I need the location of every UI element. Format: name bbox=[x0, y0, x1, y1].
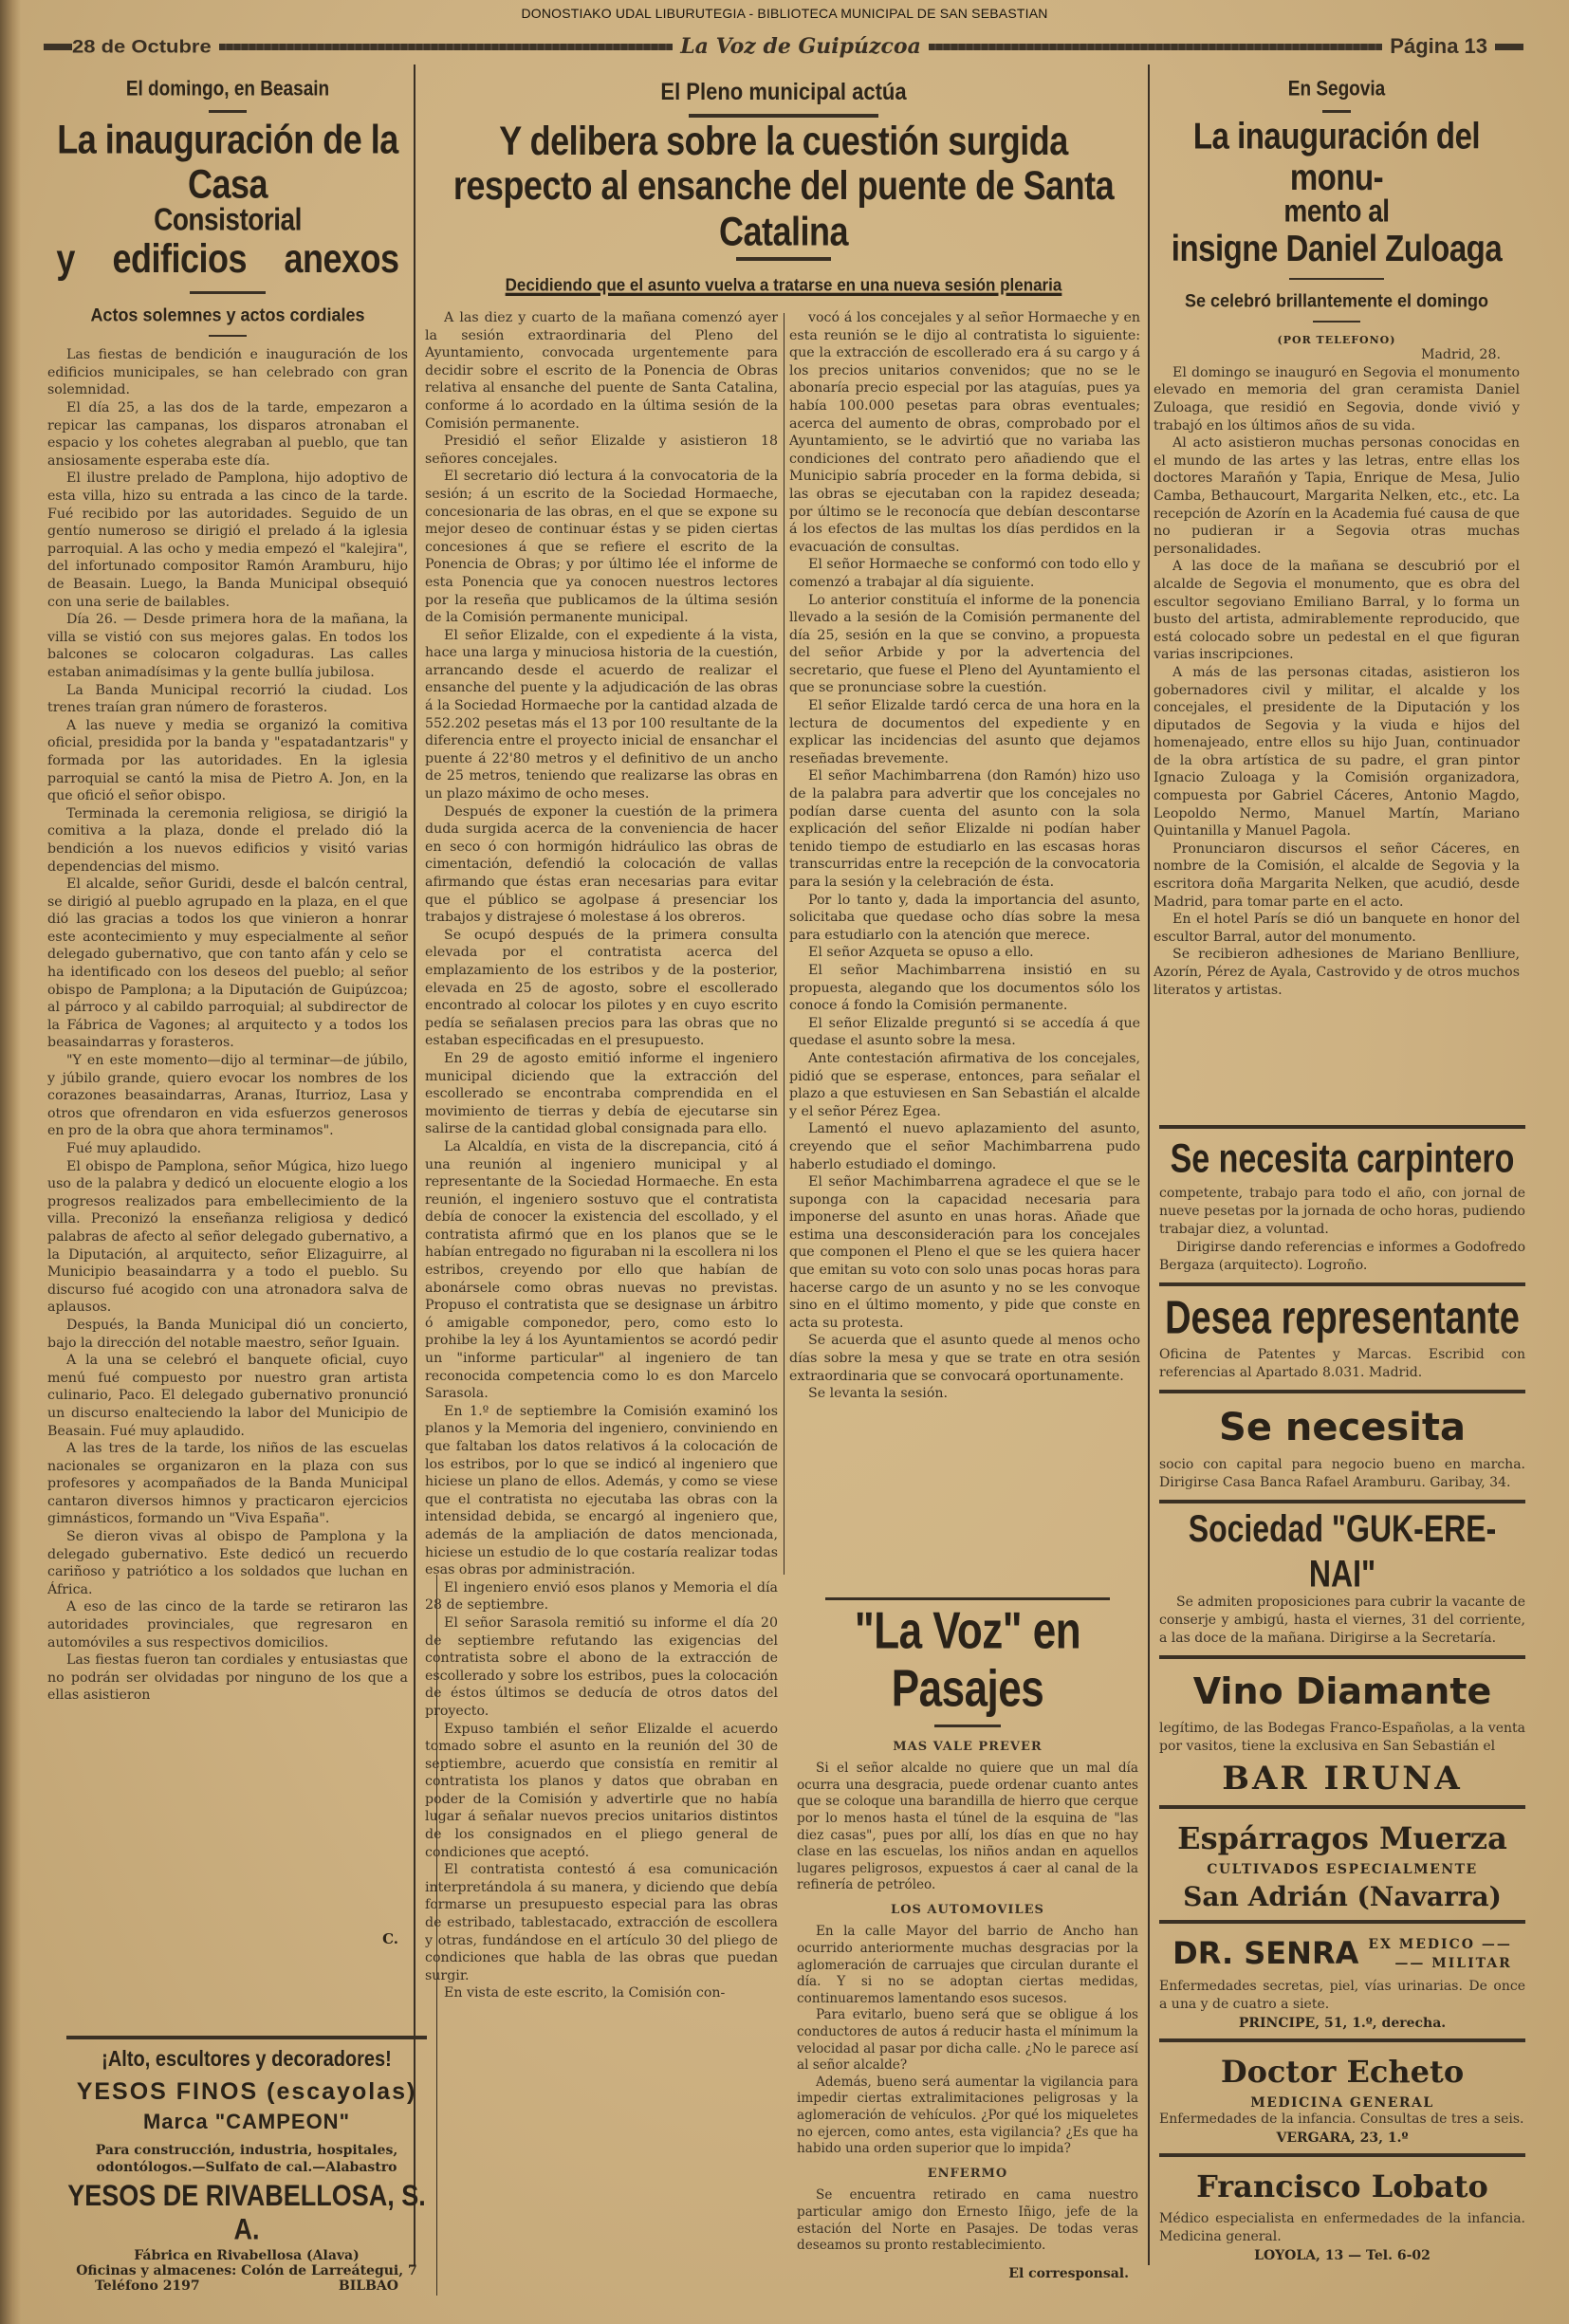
article-headline: "La Voz" en Pasajes bbox=[797, 1602, 1138, 1719]
ad-line: ¡Alto, escultores y decoradores! bbox=[66, 2047, 427, 2072]
article-signature: C. bbox=[47, 1930, 398, 1947]
paragraph: Expuso también el señor Elizalde el acue… bbox=[425, 1721, 778, 1862]
ad-title: Se necesita carpintero bbox=[1171, 1135, 1515, 1184]
divider bbox=[1313, 321, 1360, 323]
paragraph: Se levanta la sesión. bbox=[789, 1385, 1140, 1403]
article-body-column: vocó á los concejales y al señor Hormaec… bbox=[789, 309, 1140, 1576]
ad-header: Francisco Lobato bbox=[1159, 2165, 1525, 2210]
masthead-date: 28 de Octubre bbox=[72, 35, 212, 57]
article-body: Las fiestas de bendición e inauguración … bbox=[47, 346, 408, 1930]
ad-tag: EX MEDICO ———— MILITAR bbox=[1368, 1935, 1511, 1973]
ad-line: Oficinas y almacenes: Colón de Larreáteg… bbox=[66, 2263, 427, 2278]
ad-tag-line: EX MEDICO —— bbox=[1368, 1935, 1511, 1954]
paragraph: Lo anterior constituía el informe de la … bbox=[789, 592, 1140, 698]
paragraph: El señor Sarasola remitió su informe el … bbox=[425, 1614, 778, 1721]
article-signature: El corresponsal. bbox=[797, 2266, 1129, 2281]
ad-line: Fábrica en Rivabellosa (Alava) bbox=[66, 2248, 427, 2263]
ad-title: Sociedad "GUK-ERE-NAI" bbox=[1159, 1506, 1525, 1597]
ad-title: Se necesita bbox=[1219, 1405, 1466, 1450]
ad-city: BILBAO bbox=[339, 2278, 398, 2294]
paragraph: Pronunciaron discursos el señor Cáceres,… bbox=[1154, 840, 1520, 911]
paragraph: El alcalde, señor Guridi, desde el balcó… bbox=[47, 876, 408, 1052]
paragraph: El señor Machimbarrena insistió en su pr… bbox=[789, 962, 1140, 1015]
paragraph: En vista de este escrito, la Comisión co… bbox=[425, 1984, 778, 2002]
ad-body: Médico especialista en enfermedades de l… bbox=[1159, 2210, 1525, 2246]
ad-title: Desea representante bbox=[1165, 1291, 1520, 1347]
paragraph: El señor Elizalde, con el expediente á l… bbox=[425, 627, 778, 803]
divider bbox=[190, 291, 266, 294]
classified-ad: Se necesita carpinterocompetente, trabaj… bbox=[1159, 1125, 1525, 1275]
classified-ad: Desea representanteOficina de Patentes y… bbox=[1159, 1282, 1525, 1383]
paragraph: vocó á los concejales y al señor Hormaec… bbox=[789, 309, 1140, 556]
ad-header: Sociedad "GUK-ERE-NAI" bbox=[1159, 1511, 1525, 1594]
paragraph: Ante contestación afirmativa de los conc… bbox=[789, 1050, 1140, 1120]
article-headline: La inauguración de la Casa bbox=[47, 118, 408, 208]
article-headline: La inauguración del monu- bbox=[1154, 116, 1520, 198]
paragraph: Después, la Banda Municipal dió un conci… bbox=[47, 1317, 408, 1352]
paragraph: Fué muy aplaudido. bbox=[47, 1140, 408, 1158]
ad-body: socio con capital para negocio bueno en … bbox=[1159, 1456, 1525, 1492]
paragraph: A las nueve y media se organizó la comit… bbox=[47, 717, 408, 805]
ad-header: Se necesita bbox=[1159, 1401, 1525, 1456]
paragraph: Se dieron vivas al obispo de Pamplona y … bbox=[47, 1528, 408, 1598]
article-body: MAS VALE PREVERSi el señor alcalde no qu… bbox=[797, 1739, 1138, 2255]
paragraph: Las fiestas fueron tan cordiales y entus… bbox=[47, 1651, 408, 1705]
paragraph: El señor Elizalde preguntó si se accedía… bbox=[789, 1015, 1140, 1050]
paragraph: El domingo se inauguró en Segovia el mon… bbox=[1154, 364, 1520, 434]
ad-divider bbox=[1159, 1500, 1525, 1503]
column-divider bbox=[414, 65, 415, 2265]
paragraph: A eso de las cinco de la tarde se retira… bbox=[47, 1598, 408, 1651]
paragraph: Por lo tanto y, dada la importancia del … bbox=[789, 892, 1140, 945]
masthead-rule bbox=[1495, 44, 1523, 50]
paragraph: El contratista contestó á esa comunicaci… bbox=[425, 1861, 778, 1984]
divider bbox=[736, 257, 831, 261]
ad-header: Vino Diamante bbox=[1159, 1667, 1525, 1720]
masthead-title: La Voz de Guipúzcoa bbox=[680, 34, 921, 59]
paragraph: A las diez y cuarto de la mañana comenzó… bbox=[425, 309, 778, 433]
article-body: El domingo se inauguró en Segovia el mon… bbox=[1154, 364, 1520, 1095]
divider bbox=[209, 335, 247, 337]
divider bbox=[1322, 110, 1351, 113]
paragraph: En el hotel París se dió un banquete en … bbox=[1154, 911, 1520, 946]
article-pleno: El Pleno municipal actúa Y delibera sobr… bbox=[423, 80, 1144, 295]
paragraph: Las fiestas de bendición e inauguración … bbox=[47, 346, 408, 399]
ad-contact: Teléfono 2197 BILBAO bbox=[66, 2278, 427, 2294]
article-subheadline: Actos solemnes y actos cordiales bbox=[47, 304, 408, 326]
ad-subtitle: CULTIVADOS ESPECIALMENTE bbox=[1159, 1862, 1525, 1877]
paragraph: El secretario dió lectura á la convocato… bbox=[425, 468, 778, 626]
ad-body: competente, trabajo para todo el año, co… bbox=[1159, 1185, 1525, 1239]
classified-ad: Doctor EchetoMEDICINA GENERALEnfermedade… bbox=[1159, 2038, 1525, 2146]
classified-ad: DR. SENRAEX MEDICO ———— MILITAREnfermeda… bbox=[1159, 1920, 1525, 2030]
ad-body: Se admiten proposiciones para cubrir la … bbox=[1159, 1594, 1525, 1648]
column-divider bbox=[784, 313, 784, 1575]
ad-footer: San Adrián (Navarra) bbox=[1159, 1881, 1525, 1912]
ad-divider bbox=[1159, 2038, 1525, 2042]
paragraph: Terminada la ceremonia religiosa, se dir… bbox=[47, 805, 408, 876]
paragraph: Día 26. — Desde primera hora de la mañan… bbox=[47, 611, 408, 681]
ad-divider bbox=[1159, 1125, 1525, 1129]
ad-body: Dirigirse dando referencias e informes a… bbox=[1159, 1239, 1525, 1275]
section-title: LOS AUTOMOVILES bbox=[797, 1902, 1138, 1919]
page-binding-edge bbox=[0, 0, 21, 2324]
ad-body: Enfermedades de la infancia. Consultas d… bbox=[1159, 2111, 1525, 2129]
article-segovia: En Segovia La inauguración del monu- men… bbox=[1154, 80, 1520, 1095]
article-subheadline: Se celebró brillantemente el domingo bbox=[1154, 290, 1520, 312]
ad-divider bbox=[1159, 1805, 1525, 1809]
article-beasain: El domingo, en Beasain La inauguración d… bbox=[47, 80, 408, 1947]
paragraph: El obispo de Pamplona, señor Múgica, hiz… bbox=[47, 1158, 408, 1317]
paragraph: "Y en este momento—dijo al terminar—de j… bbox=[47, 1052, 408, 1140]
section-title: MAS VALE PREVER bbox=[797, 1739, 1138, 1756]
article-subheadline: Decidiendo que el asunto vuelva a tratar… bbox=[423, 275, 1144, 296]
ad-body: legítimo, de las Bodegas Franco-Española… bbox=[1159, 1720, 1525, 1756]
paragraph: A la una se celebró el banquete oficial,… bbox=[47, 1352, 408, 1440]
ad-divider bbox=[1159, 1655, 1525, 1659]
classified-ads: Se necesita carpinterocompetente, trabaj… bbox=[1159, 1117, 1525, 2263]
article-headline: Y delibera sobre la cuestión surgida res… bbox=[423, 119, 1144, 254]
ad-title: Espárragos Muerza bbox=[1177, 1820, 1507, 1856]
paragraph: Se acuerda que el asunto quede al menos … bbox=[789, 1332, 1140, 1385]
paragraph: El señor Hormaeche se conformó con todo … bbox=[789, 556, 1140, 591]
paragraph: El señor Machimbarrena agradece el que s… bbox=[789, 1173, 1140, 1332]
paragraph: Para evitarlo, bueno será que se obligue… bbox=[797, 2007, 1138, 2074]
masthead-page-number: Página 13 bbox=[1390, 34, 1487, 59]
article-pasajes: "La Voz" en Pasajes MAS VALE PREVERSi el… bbox=[797, 1597, 1138, 2281]
paragraph: Se ocupó después de la primera consulta … bbox=[425, 927, 778, 1050]
ad-address: VERGARA, 23, 1.º bbox=[1159, 2130, 1525, 2146]
ad-title: DR. SENRA bbox=[1172, 1935, 1358, 1971]
ad-title: Francisco Lobato bbox=[1196, 2168, 1488, 2204]
paragraph: Se encuentra retirado en cama nuestro pa… bbox=[797, 2187, 1138, 2254]
article-kicker: El Pleno municipal actúa bbox=[423, 78, 1144, 106]
ad-divider bbox=[1159, 2153, 1525, 2157]
paragraph: A más de las personas citadas, asistiero… bbox=[1154, 664, 1520, 840]
article-body-column: A las diez y cuarto de la mañana comenzó… bbox=[425, 309, 778, 2102]
ad-footer: BAR IRUNA bbox=[1159, 1760, 1525, 1798]
paragraph: Además, bueno será aumentar la vigilanci… bbox=[797, 2075, 1138, 2158]
article-kicker: En Segovia bbox=[1154, 78, 1520, 101]
ad-address: LOYOLA, 13 — Tel. 6-02 bbox=[1159, 2248, 1525, 2263]
paragraph: El ilustre prelado de Pamplona, hijo ado… bbox=[47, 470, 408, 611]
ad-phone: Teléfono 2197 bbox=[95, 2278, 200, 2294]
ad-divider bbox=[1159, 1920, 1525, 1924]
paragraph: Después de exponer la cuestión de la pri… bbox=[425, 803, 778, 927]
classified-ad: Francisco LobatoMédico especialista en e… bbox=[1159, 2153, 1525, 2263]
paragraph: Lamentó el nuevo aplazamiento del asunto… bbox=[789, 1120, 1140, 1173]
article-headline: Consistorial bbox=[47, 202, 408, 237]
paragraph: El señor Elizalde tardó cerca de una hor… bbox=[789, 697, 1140, 767]
section-title: ENFERMO bbox=[797, 2166, 1138, 2183]
classified-ad: Espárragos MuerzaCULTIVADOS ESPECIALMENT… bbox=[1159, 1805, 1525, 1912]
ad-header: DR. SENRAEX MEDICO ———— MILITAR bbox=[1159, 1931, 1525, 1977]
article-headline: y edificios anexos bbox=[47, 236, 408, 282]
paragraph: Presidió el señor Elizalde y asistieron … bbox=[425, 433, 778, 468]
library-watermark: DONOSTIAKO UDAL LIBURUTEGIA - BIBLIOTECA… bbox=[0, 6, 1569, 21]
masthead-rule bbox=[44, 44, 72, 50]
ad-line: YESOS FINOS (escayolas) bbox=[66, 2078, 427, 2106]
paragraph: Al acto asistieron muchas personas conoc… bbox=[1154, 434, 1520, 558]
ad-line: Marca "CAMPEON" bbox=[66, 2110, 427, 2134]
divider bbox=[1289, 278, 1384, 280]
column-divider bbox=[1148, 65, 1150, 2265]
paragraph: El señor Machimbarrena (don Ramón) hizo … bbox=[789, 767, 1140, 891]
classified-ad: Vino Diamantelegítimo, de las Bodegas Fr… bbox=[1159, 1655, 1525, 1798]
paragraph: El día 25, a las dos de la tarde, empeza… bbox=[47, 399, 408, 470]
paragraph: El ingeniero envió esos planos y Memoria… bbox=[425, 1579, 778, 1614]
paragraph: La Alcaldía, en vista de la discrepancia… bbox=[425, 1138, 778, 1403]
paragraph: A las tres de la tarde, los niños de las… bbox=[47, 1440, 408, 1528]
ad-title: Vino Diamante bbox=[1193, 1670, 1492, 1714]
paragraph: En 29 de agosto emitió informe el ingeni… bbox=[425, 1050, 778, 1138]
ad-address: PRINCIPE, 51, 1.º, derecha. bbox=[1159, 2016, 1525, 2031]
paragraph: A las doce de la mañana se descubrió por… bbox=[1154, 558, 1520, 664]
masthead-rule bbox=[219, 44, 673, 50]
divider bbox=[209, 110, 247, 113]
classified-ad: Sociedad "GUK-ERE-NAI"Se admiten proposi… bbox=[1159, 1500, 1525, 1648]
paragraph: Se recibieron adhesiones de Mariano Benl… bbox=[1154, 946, 1520, 999]
paragraph: La Banda Municipal recorrió la ciudad. L… bbox=[47, 682, 408, 717]
paragraph: Si el señor alcalde no quiere que un mal… bbox=[797, 1761, 1138, 1894]
paragraph: En la calle Mayor del barrio de Ancho ha… bbox=[797, 1924, 1138, 2007]
ad-divider bbox=[1159, 1390, 1525, 1393]
article-kicker: El domingo, en Beasain bbox=[47, 78, 408, 101]
ad-tag-line: —— MILITAR bbox=[1368, 1954, 1511, 1973]
ad-yesos: ¡Alto, escultores y decoradores! YESOS F… bbox=[66, 2028, 427, 2294]
ad-divider bbox=[1159, 1282, 1525, 1286]
ad-divider bbox=[66, 2036, 427, 2039]
ad-line: Para construcción, industria, hospitales… bbox=[66, 2142, 427, 2176]
paragraph: En 1.º de septiembre la Comisión examinó… bbox=[425, 1403, 778, 1579]
ad-header: Desea representante bbox=[1159, 1294, 1525, 1347]
article-headline: insigne Daniel Zuloaga bbox=[1154, 229, 1520, 270]
article-byline: (POR TELEFONO) bbox=[1154, 334, 1520, 346]
masthead-rule bbox=[929, 44, 1382, 50]
divider bbox=[825, 1597, 1110, 1600]
ad-line: YESOS DE RIVABELLOSA, S. A. bbox=[66, 2179, 427, 2246]
paragraph: El señor Azqueta se opuso a ello. bbox=[789, 944, 1140, 962]
ad-body: Enfermedades secretas, piel, vías urinar… bbox=[1159, 1978, 1525, 2014]
article-headline: mento al bbox=[1154, 194, 1520, 229]
ad-title: Doctor Echeto bbox=[1221, 2054, 1464, 2090]
article-dateline: Madrid, 28. bbox=[1154, 346, 1520, 364]
classified-ad: Se necesitasocio con capital para negoci… bbox=[1159, 1390, 1525, 1492]
divider bbox=[934, 1725, 1001, 1727]
ad-subtitle: MEDICINA GENERAL bbox=[1159, 2095, 1525, 2111]
ad-header: Se necesita carpintero bbox=[1159, 1136, 1525, 1185]
ad-header: Espárragos Muerza bbox=[1159, 1817, 1525, 1862]
ad-body: Oficina de Patentes y Marcas. Escribid c… bbox=[1159, 1346, 1525, 1382]
masthead: 28 de Octubre La Voz de Guipúzcoa Página… bbox=[44, 34, 1523, 59]
ad-header: Doctor Echeto bbox=[1159, 2050, 1525, 2095]
